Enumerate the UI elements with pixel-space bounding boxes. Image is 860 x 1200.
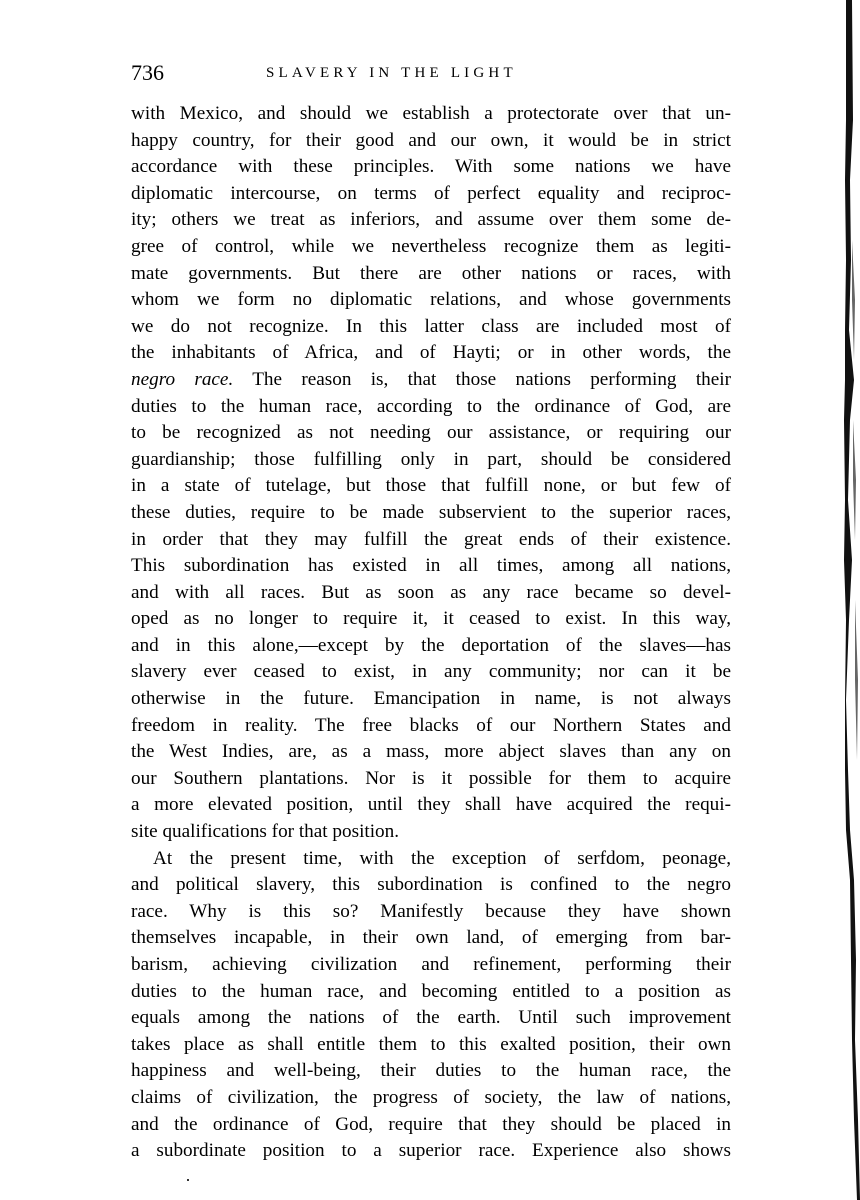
text-line: we do not recognize. In this latter clas… — [131, 314, 731, 341]
text-line: and political slavery, this subordinatio… — [131, 872, 731, 899]
text-line: takes place as shall entitle them to thi… — [131, 1032, 731, 1059]
text-line: equals among the nations of the earth. U… — [131, 1005, 731, 1032]
text-line: accordance with these principles. With s… — [131, 154, 731, 181]
text-line: diplomatic intercourse, on terms of perf… — [131, 181, 731, 208]
text-line: with Mexico, and should we establish a p… — [131, 101, 731, 128]
text-line: our Southern plantations. Nor is it poss… — [131, 766, 731, 793]
text-line: freedom in reality. The free blacks of o… — [131, 713, 731, 740]
text-line: guardianship; those fulfilling only in p… — [131, 447, 731, 474]
page-number: 736 — [131, 58, 164, 88]
text-line: gree of control, while we nevertheless r… — [131, 234, 731, 261]
running-title: SLAVERY IN THE LIGHT — [266, 60, 517, 86]
text-line: otherwise in the future. Emancipation in… — [131, 686, 731, 713]
text-segment: The reason is, that those nations perfor… — [233, 369, 731, 390]
paragraph-end-line: site qualifications for that position. — [131, 819, 731, 846]
body-text: with Mexico, and should we establish a p… — [131, 101, 731, 1165]
text-line: a more elevated position, until they sha… — [131, 792, 731, 819]
text-line: the West Indies, are, as a mass, more ab… — [131, 739, 731, 766]
text-line: negro race. The reason is, that those na… — [131, 367, 731, 394]
text-line: claims of civilization, the progress of … — [131, 1085, 731, 1112]
text-line: and in this alone,—except by the deporta… — [131, 633, 731, 660]
scanned-book-page: 736 SLAVERY IN THE LIGHT with Mexico, an… — [0, 0, 860, 1200]
text-line: This subordination has existed in all ti… — [131, 553, 731, 580]
text-line: in a state of tutelage, but those that f… — [131, 473, 731, 500]
text-line: duties to the human race, and becoming e… — [131, 979, 731, 1006]
text-line: barism, achieving civilization and refin… — [131, 952, 731, 979]
text-line: a subordinate position to a superior rac… — [131, 1138, 731, 1165]
text-line: whom we form no diplomatic relations, an… — [131, 287, 731, 314]
text-line: ity; others we treat as inferiors, and a… — [131, 207, 731, 234]
text-line: mate governments. But there are other na… — [131, 261, 731, 288]
text-line: slavery ever ceased to exist, in any com… — [131, 659, 731, 686]
text-line: in order that they may fulfill the great… — [131, 527, 731, 554]
italic-phrase: negro race. — [131, 369, 233, 390]
running-head: 736 SLAVERY IN THE LIGHT — [131, 58, 731, 88]
text-line: these duties, require to be made subserv… — [131, 500, 731, 527]
text-line: the inhabitants of Africa, and of Hayti;… — [131, 340, 731, 367]
page-binding-edge — [840, 0, 860, 1200]
text-line: oped as no longer to require it, it ceas… — [131, 606, 731, 633]
scan-speck — [187, 1179, 189, 1181]
text-line: and the ordinance of God, require that t… — [131, 1112, 731, 1139]
text-line: race. Why is this so? Manifestly because… — [131, 899, 731, 926]
text-line: and with all races. But as soon as any r… — [131, 580, 731, 607]
text-line: happiness and well-being, their duties t… — [131, 1058, 731, 1085]
text-line: themselves incapable, in their own land,… — [131, 925, 731, 952]
text-line: duties to the human race, according to t… — [131, 394, 731, 421]
text-line: to be recognized as not needing our assi… — [131, 420, 731, 447]
text-line: happy country, for their good and our ow… — [131, 128, 731, 155]
paragraph-start-line: At the present time, with the exception … — [131, 846, 731, 873]
